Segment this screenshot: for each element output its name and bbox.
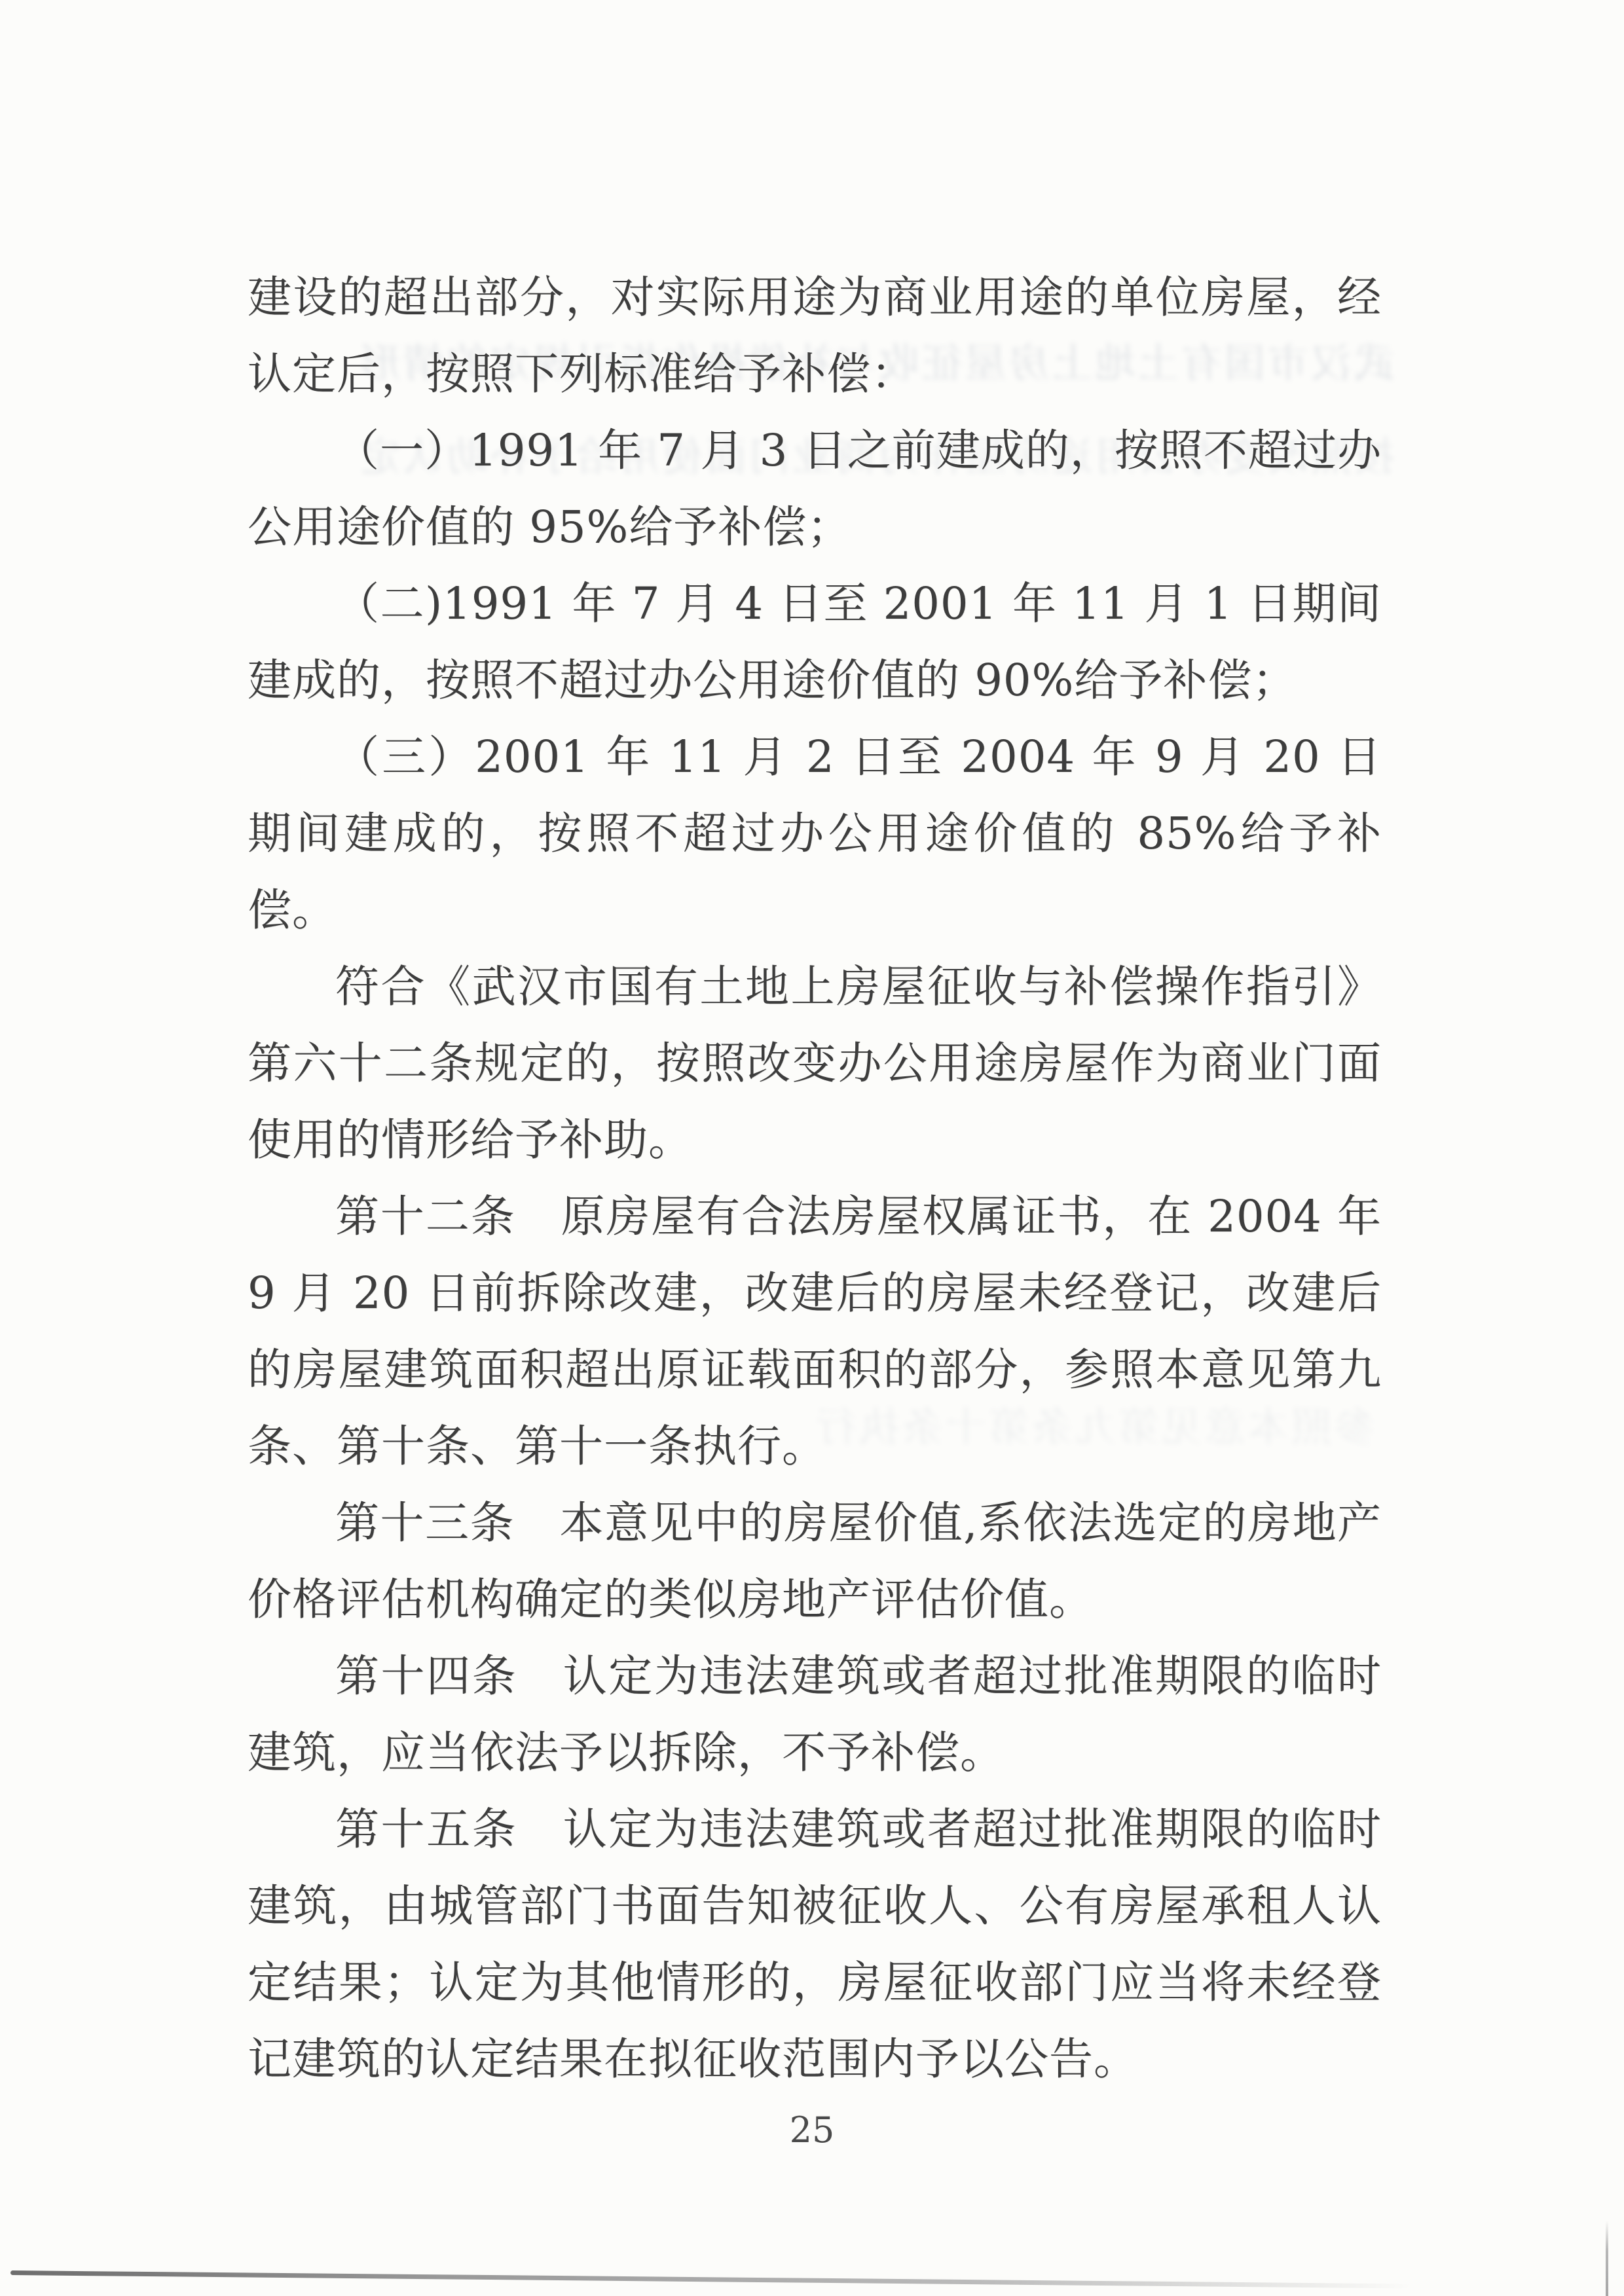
scan-bottom-edge-artifact: [10, 2270, 1412, 2289]
paragraph-supplement: 符合《武汉市国有土地上房屋征收与补偿操作指引》第六十二条规定的，按照改变办公用途…: [248, 949, 1382, 1178]
document-body: 建设的超出部分，对实际用途为商业用途的单位房屋，经认定后，按照下列标准给予补偿：…: [248, 259, 1382, 2098]
scan-right-edge-artifact: [1606, 2221, 1608, 2296]
paragraph-continuation: 建设的超出部分，对实际用途为商业用途的单位房屋，经认定后，按照下列标准给予补偿：: [248, 259, 1382, 412]
scanned-document-page: 武汉市国有土地上房屋征收与补偿操作指引规定的情形 按照改变办公用途房屋作为商业门…: [0, 0, 1624, 2296]
paragraph-article-13: 第十三条 本意见中的房屋价值,系依法选定的房地产价格评估机构确定的类似房地产评估…: [248, 1485, 1382, 1638]
paragraph-item-2: （二)1991 年 7 月 4 日至 2001 年 11 月 1 日期间建成的，…: [248, 566, 1382, 719]
paragraph-article-14: 第十四条 认定为违法建筑或者超过批准期限的临时建筑，应当依法予以拆除，不予补偿。: [248, 1638, 1382, 1791]
paragraph-article-12: 第十二条 原房屋有合法房屋权属证书，在 2004 年 9 月 20 日前拆除改建…: [248, 1178, 1382, 1485]
paragraph-article-15: 第十五条 认定为违法建筑或者超过批准期限的临时建筑，由城管部门书面告知被征收人、…: [248, 1791, 1382, 2098]
page-number: 25: [0, 2109, 1624, 2151]
paragraph-item-3: （三）2001 年 11 月 2 日至 2004 年 9 月 20 日期间建成的…: [248, 719, 1382, 949]
paragraph-item-1: （一）1991 年 7 月 3 日之前建成的，按照不超过办公用途价值的 95%给…: [248, 412, 1382, 566]
